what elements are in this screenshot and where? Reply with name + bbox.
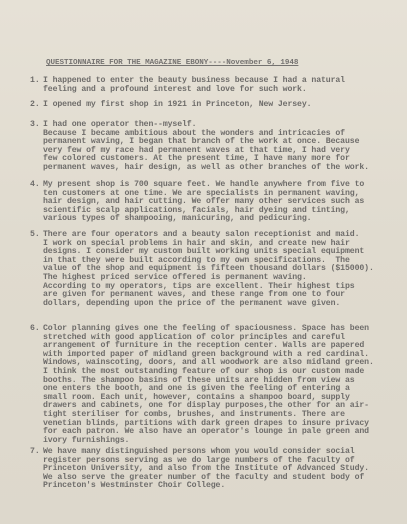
text-line: I opened my first shop in 1921 in Prince… [43, 101, 311, 110]
text-line: feeling and a profound interest and love… [43, 86, 345, 95]
typewritten-document-page: QUESTIONNAIRE FOR THE MAGAZINE EBONY----… [0, 0, 407, 524]
item-number: 4. [30, 181, 40, 190]
text-line: Princeton's Westminster Choir College. [43, 482, 369, 491]
item-number: 5. [30, 231, 40, 240]
text-line: dollars, depending upon the price of the… [43, 300, 374, 309]
item-number: 2. [30, 101, 40, 110]
text-line: ivory furnishings. [43, 437, 374, 446]
item-number: 6. [30, 325, 40, 334]
item-number: 3. [30, 121, 40, 130]
text-line: various types of shampooing, manicuring,… [43, 215, 364, 224]
text-line: permanent waves, hair design, as well as… [43, 164, 369, 173]
document-title: QUESTIONNAIRE FOR THE MAGAZINE EBONY----… [46, 59, 298, 67]
item-number: 7. [30, 448, 40, 457]
item-number: 1. [30, 77, 40, 86]
